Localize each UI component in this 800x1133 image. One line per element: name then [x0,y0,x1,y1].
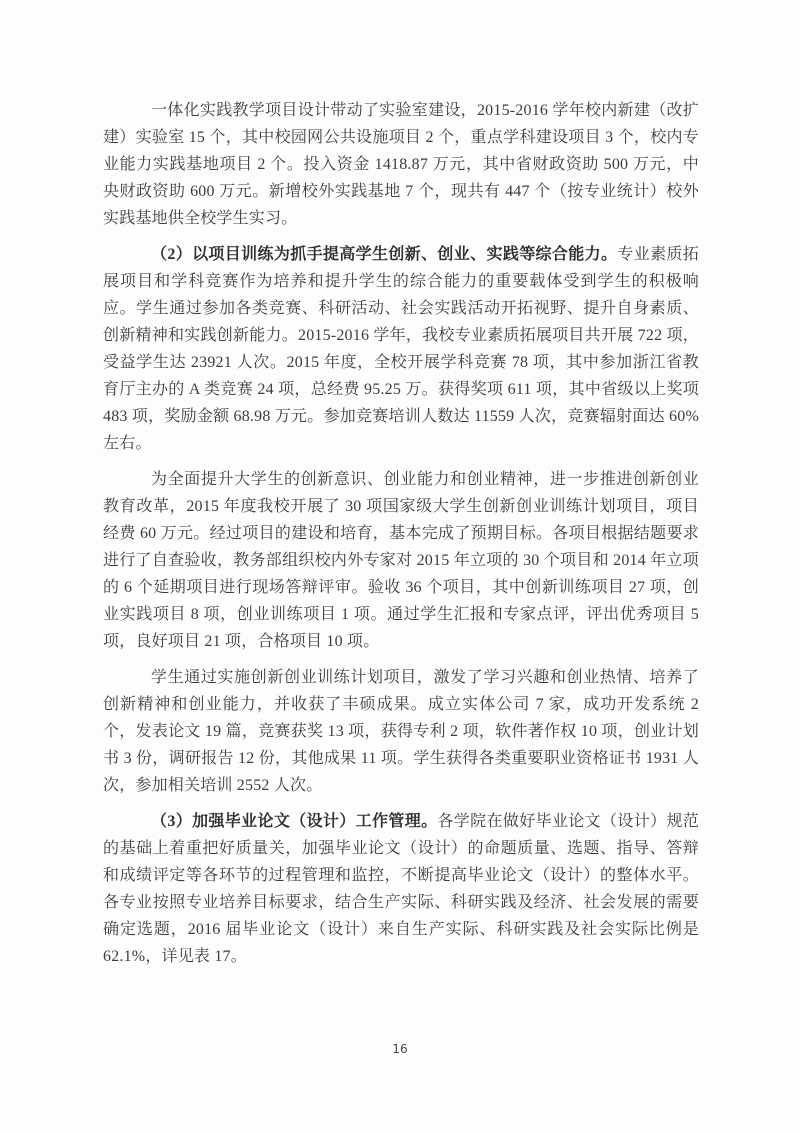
paragraph-text: 学生通过实施创新创业训练计划项目，激发了学习兴趣和创业热情、培养了创新精神和创业… [103,669,699,794]
paragraph-innovation-program: 为全面提升大学生的创新意识、创业能力和创业精神，进一步推进创新创业教育改革，20… [103,466,699,655]
paragraph-text: 各学院在做好毕业论文（设计）规范的基础上着重把好质量关，加强毕业论文（设计）的命… [103,813,699,965]
paragraph-student-achievements: 学生通过实施创新创业训练计划项目，激发了学习兴趣和创业热情、培养了创新精神和创业… [103,664,699,799]
paragraph-text: 一体化实践教学项目设计带动了实验室建设，2015-2016 学年校内新建（改扩建… [103,102,699,227]
paragraph-text: 专业素质拓展项目和学科竞赛作为培养和提升学生的综合能力的重要载体受到学生的积极响… [103,246,699,452]
paragraph-lab-construction: 一体化实践教学项目设计带动了实验室建设，2015-2016 学年校内新建（改扩建… [103,97,699,232]
paragraph-lead-bold: （2）以项目训练为抓手提高学生创新、创业、实践等综合能力。 [151,246,617,263]
page-body: 一体化实践教学项目设计带动了实验室建设，2015-2016 学年校内新建（改扩建… [103,97,699,979]
paragraph-project-training: （2）以项目训练为抓手提高学生创新、创业、实践等综合能力。专业素质拓展项目和学科… [103,241,699,457]
paragraph-thesis-management: （3）加强毕业论文（设计）工作管理。各学院在做好毕业论文（设计）规范的基础上着重… [103,808,699,970]
page-number: 16 [0,1042,800,1056]
paragraph-lead-bold: （3）加强毕业论文（设计）工作管理。 [151,813,437,830]
document-page: 一体化实践教学项目设计带动了实验室建设，2015-2016 学年校内新建（改扩建… [0,0,800,1133]
paragraph-text: 为全面提升大学生的创新意识、创业能力和创业精神，进一步推进创新创业教育改革，20… [103,471,699,650]
